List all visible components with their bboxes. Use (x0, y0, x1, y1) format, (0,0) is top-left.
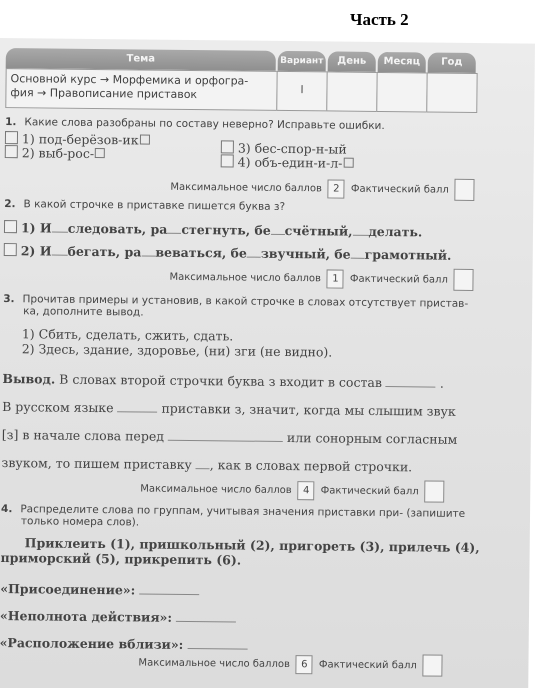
answer-blank[interactable] (188, 638, 248, 650)
column-month: Месяц (378, 52, 426, 73)
blank[interactable] (247, 247, 261, 258)
answer-checkbox[interactable] (4, 220, 17, 233)
task-3-question: 3.Прочитав примеры и установив, в какой … (3, 293, 468, 322)
blank[interactable] (351, 248, 365, 259)
blank[interactable] (168, 430, 283, 442)
blank[interactable] (271, 224, 285, 235)
answer-checkbox[interactable] (221, 140, 234, 153)
actual-score-box[interactable] (423, 654, 443, 676)
suffix-box (140, 134, 150, 144)
conclusion-line-4: звуком, то пишем приставку , как в слова… (1, 455, 412, 474)
answer-blank[interactable] (176, 611, 236, 623)
month-cell[interactable] (376, 72, 427, 113)
task-2-score: Максимальное число баллов1Фактический ба… (169, 266, 474, 291)
task-3-score: Максимальное число баллов4Фактический ба… (140, 477, 445, 502)
conclusion-line-2: В русском языке приставки з, значит, ког… (2, 399, 456, 419)
actual-score-box[interactable] (425, 480, 445, 502)
blank[interactable] (52, 245, 68, 256)
variant-value: I (277, 72, 326, 109)
year-cell[interactable] (426, 72, 477, 113)
actual-score-box[interactable] (454, 269, 474, 291)
max-score-box: 6 (296, 655, 313, 674)
blank[interactable] (196, 458, 210, 469)
max-score-box: 2 (328, 179, 345, 198)
task-2-question: 2.В какой строчке в приставке пишется бу… (4, 198, 285, 213)
blank[interactable] (386, 376, 436, 388)
task-4-question: 4.Распределите слова по группам, учитыва… (1, 503, 465, 532)
variant-cell[interactable]: I (276, 71, 327, 112)
group-attachment: «Присоединение»: (0, 581, 200, 598)
task-1-score: Максимальное число баллов2Фактический ба… (170, 176, 475, 201)
task-1-option-2: 2) выб-рос- (5, 145, 105, 161)
answer-checkbox[interactable] (5, 131, 18, 144)
theme-line-2: фия → Правописание приставок (10, 86, 272, 103)
conclusion-line-1: Вывод. В словах второй строчки буква з в… (2, 371, 444, 391)
group-proximity: «Расположение вблизи»: (0, 635, 248, 653)
blank[interactable] (352, 225, 368, 236)
answer-blank[interactable] (140, 583, 200, 595)
part-title: Часть 2 (350, 10, 409, 30)
max-score-box: 4 (298, 481, 315, 500)
header-table: Тема Вариант День Месяц Год Основной кур… (5, 48, 476, 123)
column-theme: Тема (6, 48, 276, 71)
blank[interactable] (167, 223, 181, 234)
max-score-box: 1 (327, 269, 344, 288)
task-1-question: 1.Какие слова разобраны по составу невер… (5, 116, 385, 132)
task-2-option-2: 2) Ибегать, равеваться, безвучный, бегра… (4, 243, 452, 263)
conclusion-line-3: [з] в начале слова перед или сонорным со… (2, 427, 458, 447)
actual-score-box[interactable] (455, 179, 475, 201)
blank[interactable] (141, 245, 155, 256)
task-4-words-2: приморский (5), прикрепить (6). (0, 550, 241, 568)
suffix-box (343, 158, 353, 168)
task-4-score: Максимальное число баллов6Фактический ба… (138, 651, 443, 676)
answer-checkbox[interactable] (5, 145, 18, 158)
task-2-option-1: 1) Иследовать, растегнуть, бесчётный,дел… (4, 220, 422, 239)
workbook-page: Тема Вариант День Месяц Год Основной кур… (0, 38, 535, 688)
column-year: Год (428, 52, 476, 73)
day-cell[interactable] (326, 71, 377, 112)
column-day: День (328, 51, 376, 72)
task-3-example-2: 2) Здесь, здание, здоровье, (ни) зги (не… (22, 341, 333, 359)
answer-checkbox[interactable] (221, 154, 234, 167)
blank[interactable] (117, 401, 157, 412)
task-1-option-4: 4) объ-един-и-л- (221, 154, 354, 170)
theme-cell: Основной курс → Морфемика и орфогра- фия… (5, 68, 277, 111)
blank[interactable] (52, 222, 68, 233)
answer-checkbox[interactable] (4, 243, 17, 256)
group-incompleteness: «Неполнота действия»: (0, 608, 236, 625)
column-variant: Вариант (278, 51, 326, 72)
suffix-box (95, 148, 105, 158)
